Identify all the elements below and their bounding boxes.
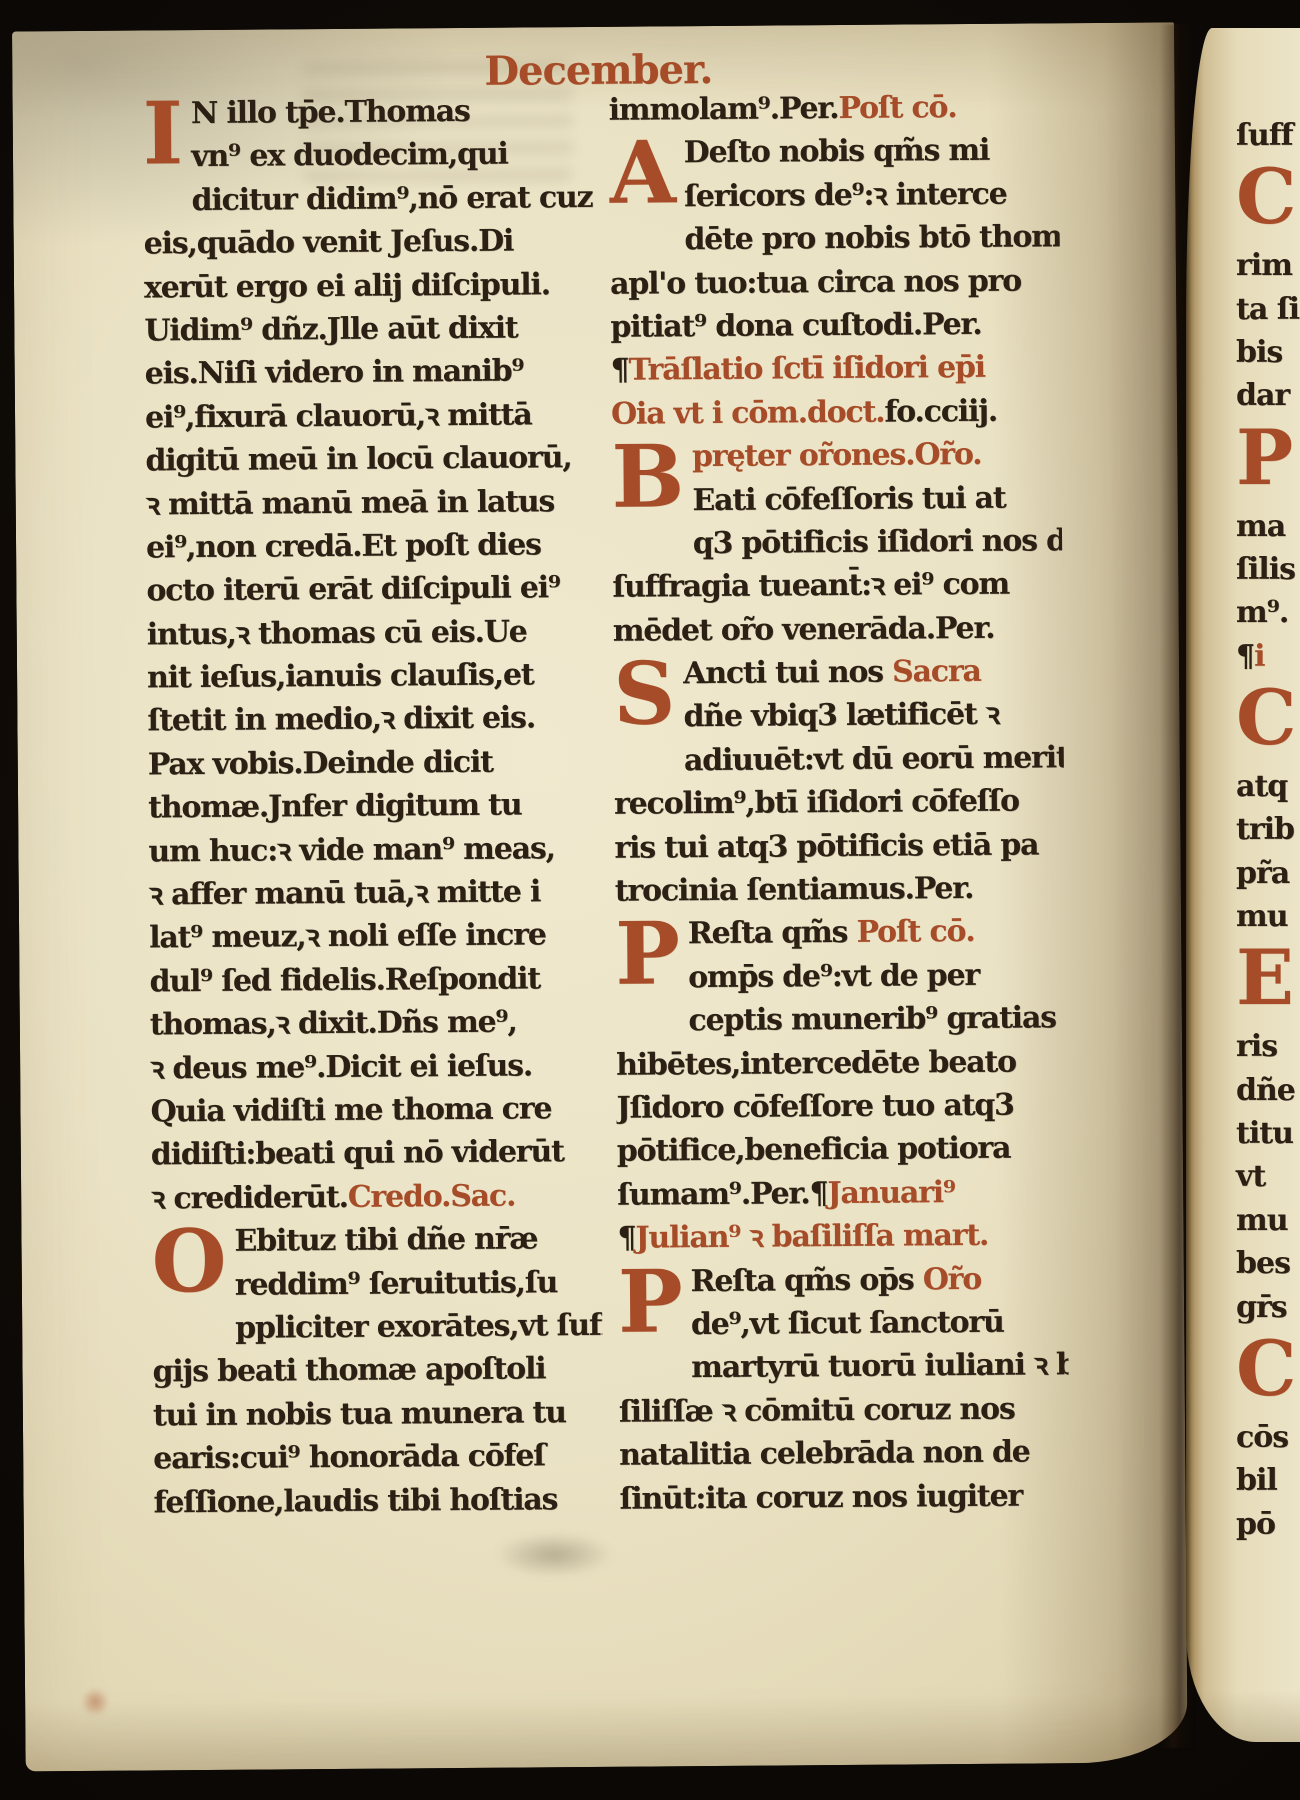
text-line: ꝛ deus me⁹.Dicit ei ieſus. <box>150 1043 600 1090</box>
text-segment: Pax vobis.Deinde dicit <box>148 745 493 783</box>
text-segment: ei⁹,fixurā clauorū,ꝛ mittā <box>145 397 532 435</box>
next-page-edge: ſuffCrimta ſibisdarPmaſilism⁹.¶iCatqtrib… <box>1186 28 1300 1742</box>
ink-stain <box>81 1687 109 1717</box>
next-page-text-line: dñe <box>1236 1069 1299 1112</box>
next-page-text-line: trib <box>1236 808 1299 851</box>
next-page-text-line: dar <box>1236 374 1299 417</box>
text-line: lat⁹ meuz,ꝛ noli eſſe incre <box>149 913 599 960</box>
text-segment: ſuffragia tueant̄:ꝛ ei⁹ com <box>612 567 1009 605</box>
text-line: dul⁹ ſed fidelis.Reſpondit <box>149 957 599 1004</box>
next-page-text-line: ſilis <box>1236 548 1299 591</box>
next-page-text-line: m⁹. <box>1236 591 1299 634</box>
text-segment: feſſione,laudis tibi hoſtias <box>153 1482 557 1520</box>
next-page-text-line: ſuff <box>1236 114 1299 157</box>
text-line: gijs beati thomæ apoſtoli <box>152 1347 602 1394</box>
text-segment: N illo tp̄e.Thomas <box>191 94 470 131</box>
text-line: Deſto nobis qm̃s mi <box>609 129 1059 176</box>
text-block: immolam⁹.Per.Poſt cō. <box>608 85 1058 132</box>
text-segment: ¶ <box>611 353 629 388</box>
next-page-text-line: bil <box>1236 1459 1299 1502</box>
book-page: December. IN illo tp̄e.Thomasvn⁹ ex duod… <box>12 22 1188 1771</box>
next-page-text-line: vt <box>1236 1155 1299 1198</box>
text-segment: Oia vt i cōm.doct. <box>611 394 885 431</box>
next-page-text-line: titu <box>1236 1112 1299 1155</box>
text-line: ſumam⁹.Per.¶Januari⁹ <box>617 1170 1067 1217</box>
next-page-drop-cap: C <box>1236 157 1299 244</box>
drop-cap-initial: S <box>613 655 676 739</box>
text-line: immolam⁹.Per.Poſt cō. <box>608 85 1058 132</box>
text-segment: ſumam⁹.Per.¶ <box>617 1176 828 1213</box>
text-segment: Credo.Sac. <box>348 1178 516 1214</box>
text-line: ¶Trāſlatio ſctī iſidori ep̄i <box>611 346 1061 393</box>
text-segment: Poſt cō. <box>838 90 956 126</box>
next-page-text-line: ma <box>1236 505 1299 548</box>
next-page-drop-cap: P <box>1236 418 1299 505</box>
next-page-drop-cap: E <box>1236 938 1299 1025</box>
text-segment: nit ieſus,ianuis clauſis,et <box>147 657 534 695</box>
next-page-text-line: bes <box>1236 1242 1299 1285</box>
text-line: digitū meū in locū clauorū, <box>145 436 595 483</box>
text-segment: Uidim⁹ dñz.Jlle aūt dixit <box>144 310 517 348</box>
book-photo: December. IN illo tp̄e.Thomasvn⁹ ex duod… <box>0 0 1300 1800</box>
next-page-text-line: pr̃a <box>1236 852 1299 895</box>
text-segment: mēdet or̃o venerāda.Per. <box>613 610 995 648</box>
text-segment: Eati cōfeſſoris tui at <box>692 480 1005 517</box>
text-line: pitiat⁹ dona cuſtodi.Per. <box>610 302 1060 349</box>
text-line: xerūt ergo ei alij diſcipuli. <box>144 262 594 309</box>
text-segment: trocinia ſentiamus.Per. <box>615 871 974 909</box>
drop-cap-initial: A <box>609 135 676 220</box>
text-segment: immolam⁹.Per. <box>609 91 839 128</box>
text-line: trocinia ſentiamus.Per. <box>615 866 1065 913</box>
text-line: ei⁹,fixurā clauorū,ꝛ mittā <box>145 393 595 440</box>
text-segment: ꝛ mittā manū meā in latus <box>146 484 555 522</box>
text-line: ſuffragia tueant̄:ꝛ ei⁹ com <box>612 563 1062 610</box>
text-segment: Jſidoro cōfeſſore tuo atq3 <box>616 1088 1014 1126</box>
text-line: ſericors de⁹:ꝛ interce <box>609 172 1059 219</box>
text-segment: Ancti tui nos <box>683 655 892 692</box>
text-line: apl'o tuo:tua circa nos pro <box>610 259 1060 306</box>
text-segment: thomæ.Jnfer digitum tu <box>148 788 522 826</box>
text-block: OEbituz tibi dñe nr̄æreddim⁹ ſeruitutis,… <box>151 1217 603 1524</box>
text-line: ꝛ affer manū tuā,ꝛ mitte i <box>149 870 599 917</box>
next-page-text-line: gr̄s <box>1236 1286 1299 1329</box>
text-block: ADeſto nobis qm̃s miſericors de⁹:ꝛ inter… <box>609 129 1061 349</box>
next-page-text-line: ta ſi <box>1236 288 1299 331</box>
text-segment: ſtetit in medio,ꝛ dixit eis. <box>147 701 535 739</box>
text-segment: ceptis munerib⁹ gratias ex <box>688 1000 1069 1038</box>
text-segment: earis:cui⁹ honorāda cōfeſ <box>153 1438 545 1476</box>
text-segment: q3 pōtificis iſidori nos dñe <box>693 523 1070 561</box>
text-segment: Deſto nobis qm̃s mi <box>684 133 990 170</box>
text-segment: i <box>1254 639 1264 674</box>
text-segment: pitiat⁹ dona cuſtodi.Per. <box>610 307 981 345</box>
drop-cap-initial: B <box>611 438 684 523</box>
text-segment: pōtifice,beneficia potiora <box>617 1131 1011 1169</box>
text-segment: Reſta qm̃s op̄s <box>690 1262 923 1299</box>
text-line: ſiliſſæ ꝛ cōmitū coruz nos <box>619 1387 1069 1434</box>
text-segment: de⁹,vt ſicut ſanctorū <box>691 1305 1004 1342</box>
text-line: adiuuēt:vt dū eorū merita <box>614 736 1064 783</box>
text-segment: ¶ <box>617 1221 635 1256</box>
text-line: ſinūt:ita coruz nos iugiter <box>619 1474 1069 1521</box>
text-line: dēte pro nobis btō thoma <box>610 215 1060 262</box>
text-line: ꝛ crediderūt.Credo.Sac. <box>151 1174 601 1221</box>
text-segment: fo.cciij. <box>884 393 997 429</box>
text-block: ¶Trāſlatio ſctī iſidori ep̄iOia vt i cōm… <box>611 346 1062 436</box>
text-line: didiſti:beati qui nō viderūt <box>151 1130 601 1177</box>
text-line: mēdet or̃o venerāda.Per. <box>613 606 1063 653</box>
text-segment: intus,ꝛ thomas cū eis.Ue <box>147 614 527 652</box>
text-column-left: IN illo tp̄e.Thomasvn⁹ ex duodecim,quidi… <box>143 89 604 1524</box>
text-segment: ei⁹,non credā.Et poſt dies <box>146 527 541 565</box>
text-segment: ꝛ deus me⁹.Dicit ei ieſus. <box>150 1048 532 1086</box>
text-segment: dñe vbiq3 lætificēt ꝛ <box>683 697 999 734</box>
text-line: dicitur didim⁹,nō erat cuz <box>143 176 593 223</box>
text-segment: apl'o tuo:tua circa nos pro <box>610 263 1021 301</box>
text-line: ꝛ mittā manū meā in latus <box>146 479 596 526</box>
text-segment: reddim⁹ ſeruitutis,ſu <box>235 1265 558 1303</box>
text-segment: Januari⁹ <box>827 1175 955 1211</box>
text-line: ei⁹,non credā.Et poſt dies <box>146 523 596 570</box>
text-segment: didiſti:beati qui nō viderūt <box>151 1135 564 1173</box>
text-segment: eis,quādo venit Jeſus.Di <box>144 224 514 262</box>
text-segment: dul⁹ ſed fidelis.Reſpondit <box>149 961 540 999</box>
text-line: hibētes,intercedēte beato <box>616 1040 1066 1087</box>
text-segment: um huc:ꝛ vide man⁹ meas, <box>148 831 555 869</box>
text-line: recolim⁹,btī iſidori cōfeſſo <box>614 779 1064 826</box>
text-line: N illo tp̄e.Thomas <box>143 89 593 136</box>
text-line: um huc:ꝛ vide man⁹ meas, <box>148 827 598 874</box>
text-segment: gijs beati thomæ apoſtoli <box>152 1352 545 1390</box>
text-segment: Trāſlatio ſctī iſidori ep̄i <box>628 350 985 388</box>
text-block: PReſta qm̃s Poſt cō.omp̄s de⁹:vt de perc… <box>615 910 1068 1261</box>
text-segment: adiuuēt:vt dū eorū merita <box>684 740 1070 778</box>
text-segment: Reſta qm̃s <box>688 915 857 951</box>
text-segment: ppliciter exorātes,vt ſuffra <box>235 1307 604 1345</box>
text-line: earis:cui⁹ honorāda cōfeſ <box>153 1434 603 1481</box>
text-block: Bpręter or̃ones.Or̃o.Eati cōfeſſoris tui… <box>611 432 1063 652</box>
text-segment: Julian⁹ ꝛ baſiliſſa mart. <box>635 1218 988 1256</box>
text-line: eis.Niſi videro in manib⁹ <box>145 349 595 396</box>
text-line: ¶Julian⁹ ꝛ baſiliſſa mart. <box>617 1213 1067 1260</box>
next-page-text-fragments: ſuffCrimta ſibisdarPmaſilism⁹.¶iCatqtrib… <box>1236 114 1299 1546</box>
drop-cap-initial: I <box>143 95 184 179</box>
text-line: natalitia celebrāda non de <box>619 1430 1069 1477</box>
drop-cap-initial: P <box>618 1263 683 1348</box>
text-segment: ¶ <box>1236 639 1254 674</box>
text-line: feſſione,laudis tibi hoſtias <box>153 1477 603 1524</box>
next-page-drop-cap: C <box>1236 678 1299 765</box>
text-segment: ris tui atq3 pōtificis etiā pa <box>614 827 1038 865</box>
text-line: Reſta qm̃s op̄s Or̃o <box>618 1257 1068 1304</box>
text-segment: octo iterū erāt diſcipuli ei⁹ <box>146 570 560 608</box>
text-segment: tui in nobis tua munera tu <box>153 1395 566 1433</box>
next-page-text-line: bis <box>1236 331 1299 374</box>
text-line: de⁹,vt ſicut ſanctorū <box>618 1300 1068 1347</box>
next-page-text-line: atq <box>1236 765 1299 808</box>
text-columns: IN illo tp̄e.Thomasvn⁹ ex duodecim,quidi… <box>143 85 1070 1524</box>
text-block: IN illo tp̄e.Thomasvn⁹ ex duodecim,quidi… <box>143 89 602 1221</box>
text-segment: thomas,ꝛ dixit.Dñs me⁹, <box>150 1005 517 1043</box>
text-segment: recolim⁹,btī iſidori cōfeſſo <box>614 784 1019 822</box>
text-line: omp̄s de⁹:vt de per <box>615 953 1065 1000</box>
text-line: Reſta qm̃s Poſt cō. <box>615 910 1065 957</box>
text-segment: Quia vidiſti me thoma cre <box>150 1091 551 1129</box>
drop-cap-initial: O <box>151 1223 227 1308</box>
text-line: Uidim⁹ dñz.Jlle aūt dixit <box>144 306 594 353</box>
drop-cap-initial: P <box>615 916 680 1001</box>
text-line: Oia vt i cōm.doct.fo.cciij. <box>611 389 1061 436</box>
text-line: Quia vidiſti me thoma cre <box>150 1087 600 1134</box>
text-line: thomas,ꝛ dixit.Dñs me⁹, <box>150 1000 600 1047</box>
text-segment: dicitur didim⁹,nō erat cuz <box>191 180 592 218</box>
text-segment: dēte pro nobis btō thoma <box>684 219 1069 257</box>
text-segment: natalitia celebrāda non de <box>619 1435 1030 1473</box>
text-line: intus,ꝛ thomas cū eis.Ue <box>147 610 597 657</box>
text-line: pōtifice,beneficia potiora <box>617 1127 1067 1174</box>
text-line: dñe vbiq3 lætificēt ꝛ <box>613 693 1063 740</box>
text-line: ſtetit in medio,ꝛ dixit eis. <box>147 696 597 743</box>
text-line: nit ieſus,ianuis clauſis,et <box>147 653 597 700</box>
text-line: thomæ.Jnfer digitum tu <box>148 783 598 830</box>
text-segment: lat⁹ meuz,ꝛ noli eſſe incre <box>149 918 546 956</box>
text-segment: ꝛ affer manū tuā,ꝛ mitte i <box>149 874 541 912</box>
text-segment: Sacra <box>892 654 981 690</box>
text-line: ris tui atq3 pōtificis etiā pa <box>614 823 1064 870</box>
text-segment: Or̃o <box>923 1261 982 1296</box>
text-line: martyrū tuorū iuliani ꝛ ba <box>618 1344 1068 1391</box>
next-page-text-line: rim <box>1236 244 1299 287</box>
next-page-text-line: mu <box>1236 895 1299 938</box>
next-page-drop-cap: C <box>1236 1329 1299 1416</box>
next-page-text-line: pō <box>1236 1503 1299 1546</box>
text-segment: pręter or̃ones.Or̃o. <box>692 437 982 474</box>
gutter-crease <box>1160 24 1194 1748</box>
text-segment: ſinūt:ita coruz nos iugiter <box>619 1478 1022 1516</box>
text-segment: omp̄s de⁹:vt de per <box>688 958 979 995</box>
text-segment: Ebituz tibi dñe nr̄æ <box>234 1222 537 1259</box>
next-page-text-line: mu <box>1236 1199 1299 1242</box>
text-segment: eis.Niſi videro in manib⁹ <box>145 354 524 392</box>
text-line: Ancti tui nos Sacra <box>613 649 1063 696</box>
text-line: ceptis munerib⁹ gratias ex <box>616 996 1066 1043</box>
text-line: octo iterū erāt diſcipuli ei⁹ <box>146 566 596 613</box>
next-page-text-line: ris <box>1236 1025 1299 1068</box>
text-segment: martyrū tuorū iuliani ꝛ ba <box>691 1347 1070 1385</box>
text-block: SAncti tui nos Sacradñe vbiq3 lætificēt … <box>613 649 1065 913</box>
text-segment: ſericors de⁹:ꝛ interce <box>684 176 1007 214</box>
text-segment: ſiliſſæ ꝛ cōmitū coruz nos <box>619 1391 1015 1429</box>
text-line: Pax vobis.Deinde dicit <box>148 740 598 787</box>
next-page-text-line: ¶i <box>1236 635 1299 678</box>
text-column-right: immolam⁹.Per.Poſt cō.ADeſto nobis qm̃s m… <box>608 85 1069 1520</box>
text-segment: Poſt cō. <box>856 914 974 950</box>
text-line: tui in nobis tua munera tu <box>153 1391 603 1438</box>
text-segment: ꝛ crediderūt. <box>151 1180 348 1217</box>
text-segment: hibētes,intercedēte beato <box>616 1044 1016 1082</box>
text-segment: digitū meū in locū clauorū, <box>145 440 571 478</box>
next-page-text-line: cōs <box>1236 1416 1299 1459</box>
text-line: Jſidoro cōfeſſore tuo atq3 <box>616 1083 1066 1130</box>
show-through-smudge-small <box>494 1532 614 1578</box>
text-line: vn⁹ ex duodecim,qui <box>143 132 593 179</box>
text-segment: vn⁹ ex duodecim,qui <box>191 137 508 174</box>
text-line: eis,quādo venit Jeſus.Di <box>144 219 594 266</box>
text-block: PReſta qm̃s op̄s Or̃ode⁹,vt ſicut ſancto… <box>618 1257 1070 1521</box>
text-segment: xerūt ergo ei alij diſcipuli. <box>144 267 550 305</box>
